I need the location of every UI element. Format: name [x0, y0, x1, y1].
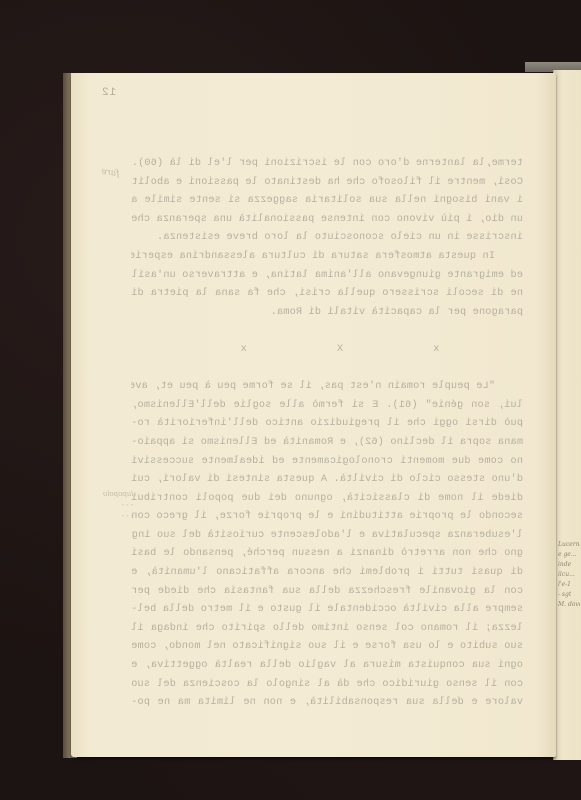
text-line: lezza; il romano col senso intimo dello …	[131, 620, 523, 639]
adjacent-page-edge	[553, 70, 581, 760]
text-line: l'esuberanza speculativa e l'adolescente…	[131, 527, 523, 546]
text-line	[131, 322, 523, 341]
text-line: con la giovanile freschezza della sua fa…	[131, 583, 523, 602]
adjacent-note-line: M. dove	[558, 600, 580, 610]
margin-note-top: fare	[100, 167, 120, 179]
text-line: paragone per la capacità vitali di Roma.	[131, 304, 523, 323]
text-line: ne di secoli scrissero quella crisi, che…	[131, 285, 523, 304]
text-line: Così, mentre il filosofo che ha destinat…	[131, 174, 523, 193]
text-line: ogni sua conquista misura al vaglio dell…	[131, 657, 523, 676]
typewritten-body: terme,la lanterne d'oro con le iscrizion…	[131, 155, 523, 713]
margin-note-line: - - -	[103, 511, 133, 522]
margin-note-line: lapopolo	[103, 489, 133, 500]
text-line: i vani bisogni nella sua solitaria sagge…	[131, 192, 523, 211]
text-line: diede il nome di classicità, ognuno dei …	[131, 490, 523, 509]
adjacent-note-line: e ge...	[558, 550, 580, 560]
adjacent-note-line: Lucerna	[558, 540, 580, 550]
text-line	[131, 360, 523, 379]
section-divider: x X x	[131, 341, 523, 360]
text-line: valore e della sua responsabilità, e non…	[131, 694, 523, 713]
margin-note-line: - - -	[103, 500, 133, 511]
text-line: un dio, i più vivono con intense passion…	[131, 211, 523, 230]
folio-number: 12	[101, 87, 116, 99]
text-line: no come due momenti cronologicamente ed …	[131, 453, 523, 472]
text-line: d'uno stesso ciclo di civiltà. A questa …	[131, 471, 523, 490]
adjacent-note-line: ilcu...	[558, 570, 580, 580]
text-line: mana sopra il declino (62), e Romanità e…	[131, 434, 523, 453]
adjacent-note-line: l'e-1	[558, 580, 580, 590]
text-line: suo subito e lo usa forse e il suo signi…	[131, 638, 523, 657]
manuscript-page: 12 fare lapopolo- - -- - - terme,la lant…	[71, 73, 556, 757]
text-line: sempre alla civiltà occidentale il gusto…	[131, 601, 523, 620]
text-line: con il senso giuridico che dà al singolo…	[131, 676, 523, 695]
adjacent-note-line: - sgt	[558, 590, 580, 600]
text-line: secondo le proprie attitudini e le propr…	[131, 508, 523, 527]
text-line: terme,la lanterne d'oro con le iscrizion…	[131, 155, 523, 174]
text-line: lui, son génie" (61). E si fermò alle so…	[131, 397, 523, 416]
text-line: "Le peuple romain n'est pas, il se forme…	[131, 378, 523, 397]
adjacent-note-line: inde	[558, 560, 580, 570]
text-line: ed emigrante giungevano all'anima latina…	[131, 267, 523, 286]
text-line: inscrisse in un cielo sconosciuto la lor…	[131, 229, 523, 248]
text-line: gno che non arretrò dinanzi a nessun per…	[131, 545, 523, 564]
adjacent-page-margin-notes: Lucernae ge...indeilcu...l'e-1- sgtM. do…	[558, 540, 580, 610]
text-line: In questa atmosfera satura di cultura al…	[131, 248, 523, 267]
margin-note-middle: lapopolo- - -- - -	[103, 489, 133, 522]
text-line: di quasi tutti i problemi che ancora aff…	[131, 564, 523, 583]
text-line: può dirsi oggi che il pregiudizio antico…	[131, 415, 523, 434]
